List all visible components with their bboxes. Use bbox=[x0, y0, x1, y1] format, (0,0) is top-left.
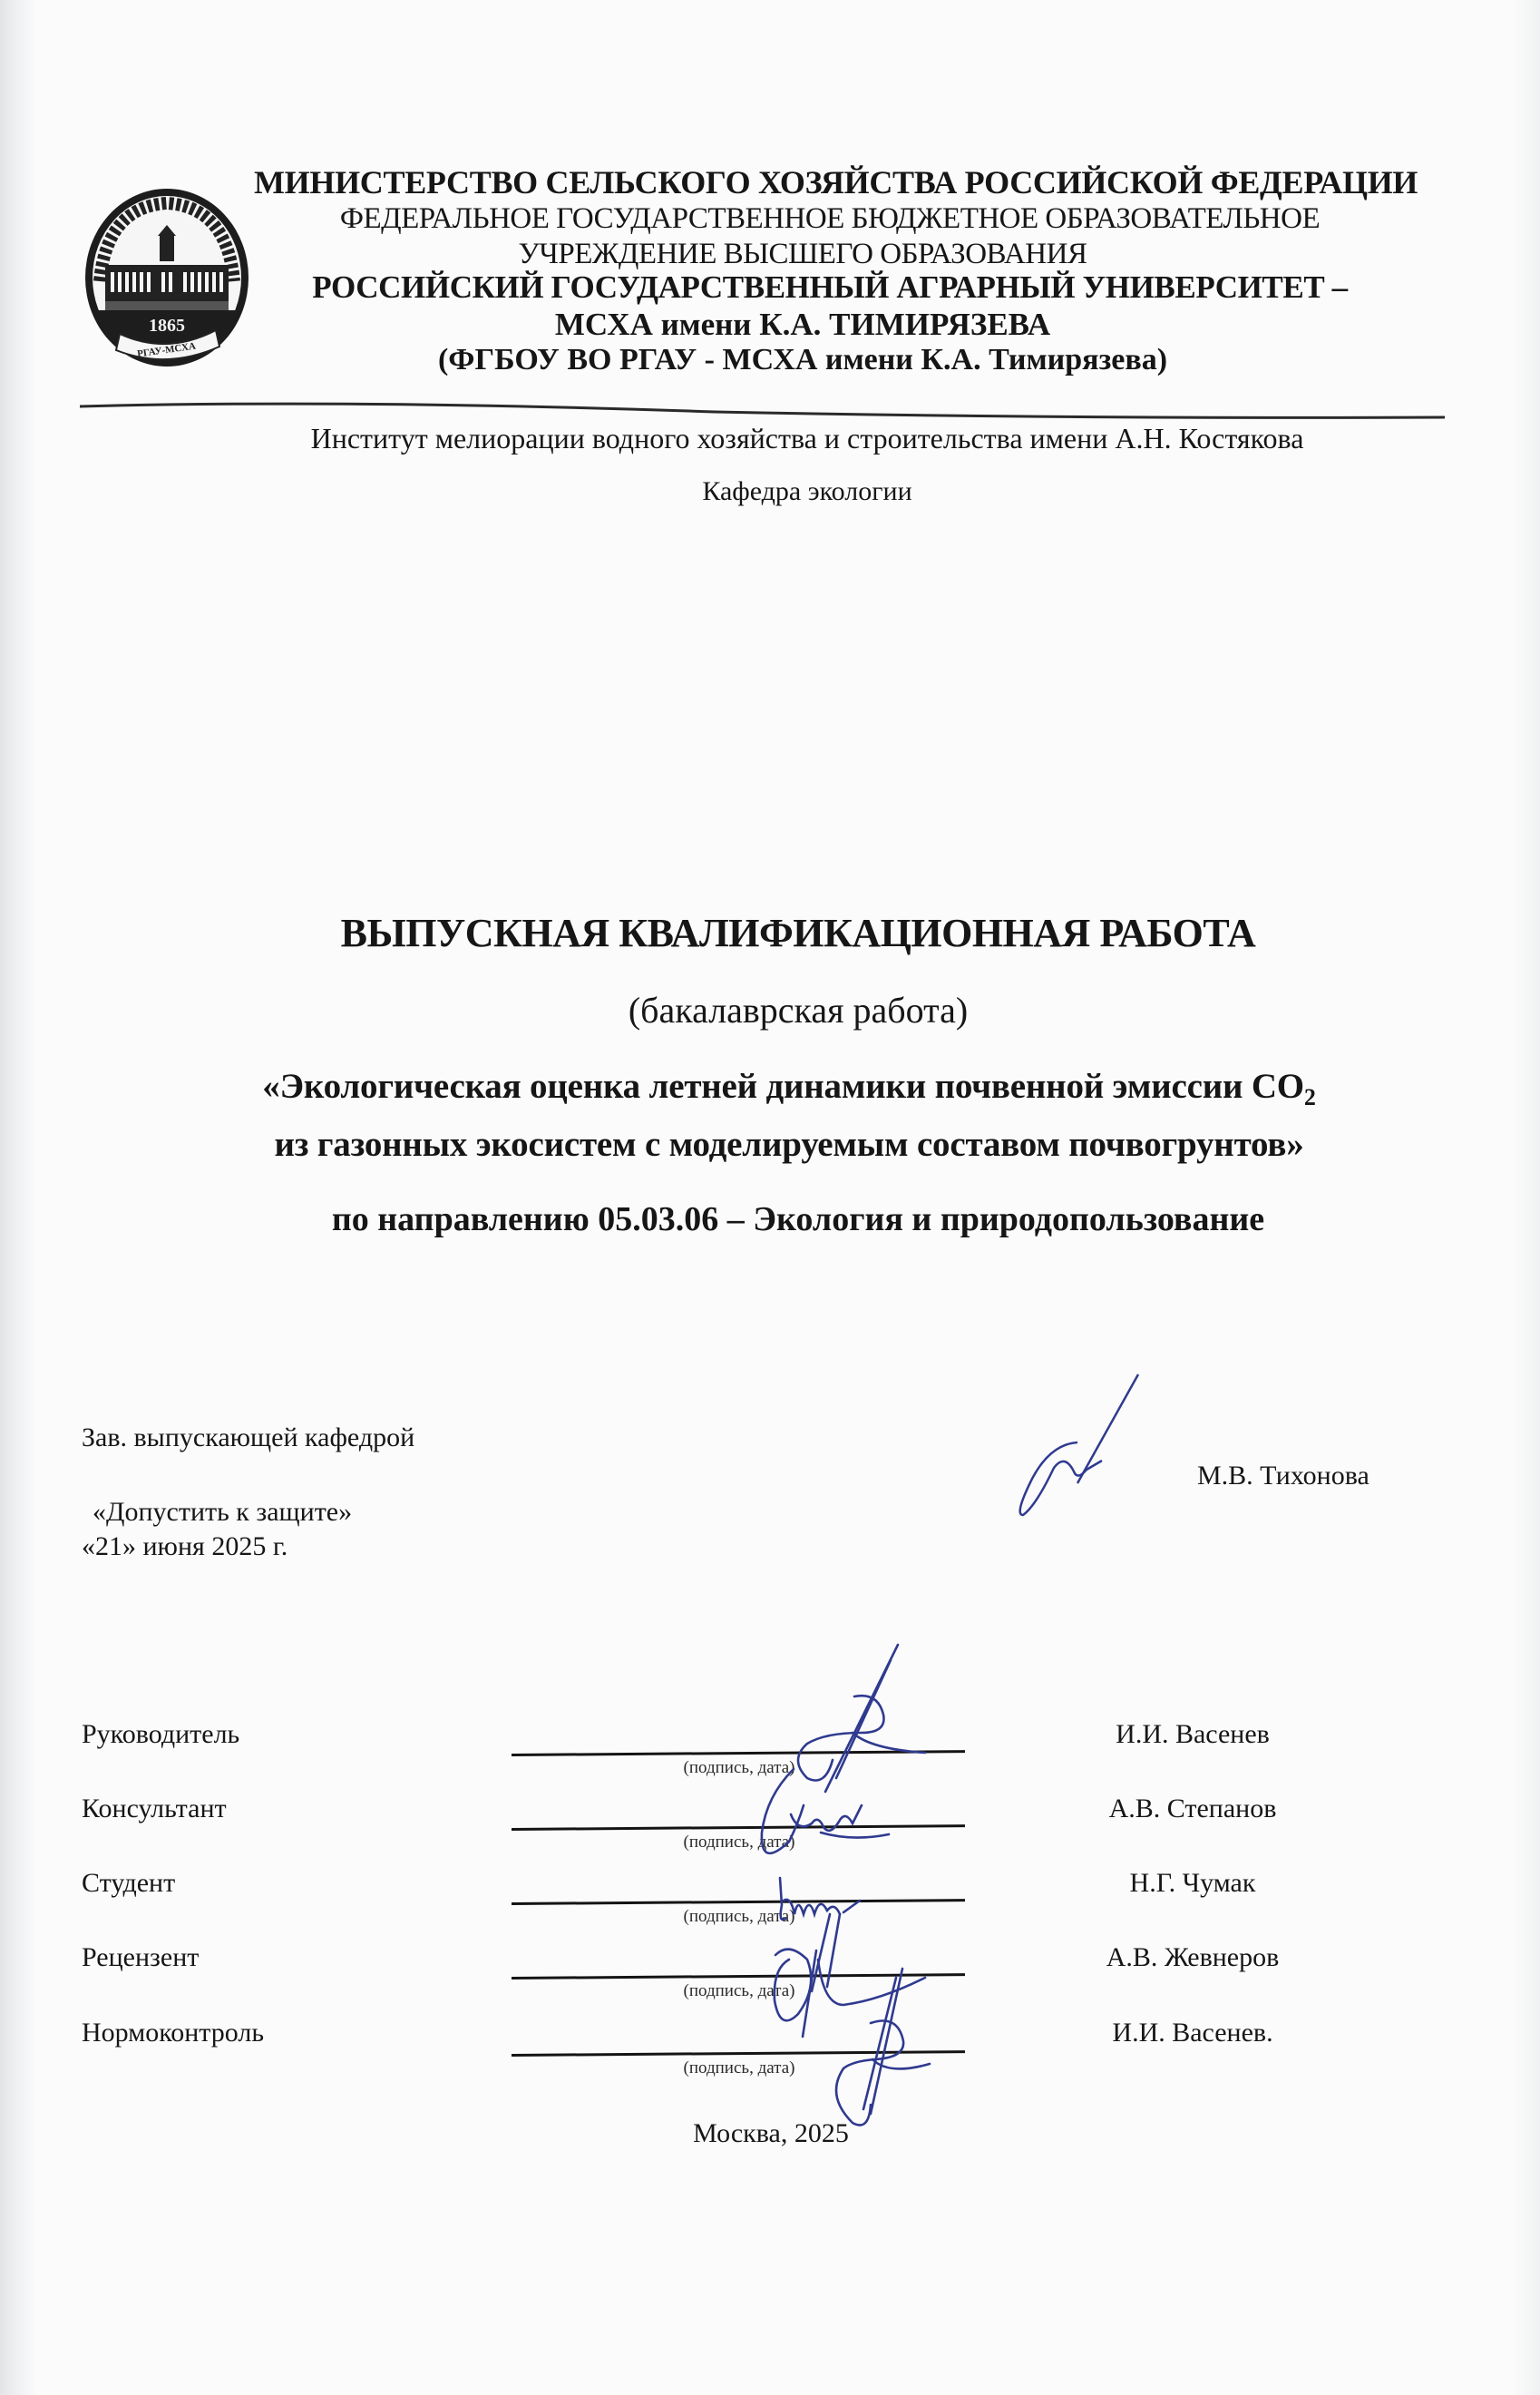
role-reviewer: Рецензент bbox=[82, 1942, 199, 1973]
study-direction: по направлению 05.03.06 – Экология и при… bbox=[218, 1199, 1379, 1239]
thesis-topic: «Экологическая оценка летней динамики по… bbox=[172, 1063, 1406, 1168]
university-seal-icon: 1865 РГАУ-МСХА bbox=[80, 181, 254, 372]
signature-caption: (подпись, дата) bbox=[635, 1833, 843, 1852]
signature-caption: (подпись, дата) bbox=[635, 2058, 843, 2078]
head-of-department-label: Зав. выпускающей кафедрой bbox=[82, 1422, 414, 1453]
scan-edge-shadow bbox=[0, 0, 36, 2395]
role-norm-control: Нормоконтроль bbox=[82, 2018, 264, 2048]
university-abbreviation: (ФГБОУ ВО РГАУ - МСХА имени К.А. Тимиряз… bbox=[227, 345, 1379, 376]
role-supervisor: Руководитель bbox=[82, 1719, 239, 1750]
signature-line-reviewer bbox=[512, 1973, 965, 1980]
name-consultant: А.В. Степанов bbox=[1061, 1794, 1324, 1824]
signature-line-student bbox=[512, 1899, 965, 1905]
ministry-heading: МИНИСТЕРСТВО СЕЛЬСКОГО ХОЗЯЙСТВА РОССИЙС… bbox=[254, 166, 1406, 199]
signature-caption: (подпись, дата) bbox=[635, 1758, 843, 1778]
university-name-line2: МСХА имени К.А. ТИМИРЯЗЕВА bbox=[227, 308, 1379, 340]
role-consultant: Консультант bbox=[82, 1794, 227, 1824]
svg-text:1865: 1865 bbox=[149, 316, 185, 336]
name-reviewer: А.В. Жевнеров bbox=[1061, 1942, 1324, 1973]
name-norm-control: И.И. Васенев. bbox=[1061, 2018, 1324, 2048]
head-of-department-name: М.В. Тихонова bbox=[1197, 1461, 1369, 1491]
signature-line-supervisor bbox=[512, 1750, 965, 1756]
approval-date: «21» июня 2025 г. bbox=[82, 1531, 288, 1562]
thesis-topic-line2: из газонных экосистем с моделируемым сос… bbox=[274, 1125, 1303, 1164]
institution-type-line2: УЧРЕЖДЕНИЕ ВЫСШЕГО ОБРАЗОВАНИЯ bbox=[227, 239, 1379, 269]
name-supervisor: И.И. Васенев bbox=[1061, 1719, 1324, 1750]
role-student: Студент bbox=[82, 1868, 175, 1899]
department-name: Кафедра экологии bbox=[263, 476, 1351, 507]
signature-line-consultant bbox=[512, 1824, 965, 1831]
header-divider bbox=[80, 399, 1445, 425]
signature-caption: (подпись, дата) bbox=[635, 1981, 843, 2001]
name-student: Н.Г. Чумак bbox=[1061, 1868, 1324, 1899]
work-subtype: (бакалаврская работа) bbox=[218, 989, 1379, 1031]
co2-subscript: 2 bbox=[1304, 1084, 1316, 1110]
institute-name: Институт мелиорации водного хозяйства и … bbox=[263, 422, 1351, 455]
city-year: Москва, 2025 bbox=[580, 2118, 961, 2149]
admit-to-defense: «Допустить к защите» bbox=[93, 1497, 352, 1528]
thesis-topic-line1: «Экологическая оценка летней динамики по… bbox=[262, 1067, 1304, 1106]
scan-edge-shadow-right bbox=[1513, 0, 1540, 2395]
university-name-line1: РОССИЙСКИЙ ГОСУДАРСТВЕННЫЙ АГРАРНЫЙ УНИВ… bbox=[254, 271, 1406, 303]
institution-type-line1: ФЕДЕРАЛЬНОЕ ГОСУДАРСТВЕННОЕ БЮДЖЕТНОЕ ОБ… bbox=[254, 204, 1406, 234]
signature-head-icon bbox=[970, 1370, 1152, 1524]
work-type-title: ВЫПУСКНАЯ КВАЛИФИКАЦИОННАЯ РАБОТА bbox=[218, 910, 1379, 956]
signature-caption: (подпись, дата) bbox=[635, 1907, 843, 1927]
signature-line-norm-control bbox=[512, 2050, 965, 2057]
